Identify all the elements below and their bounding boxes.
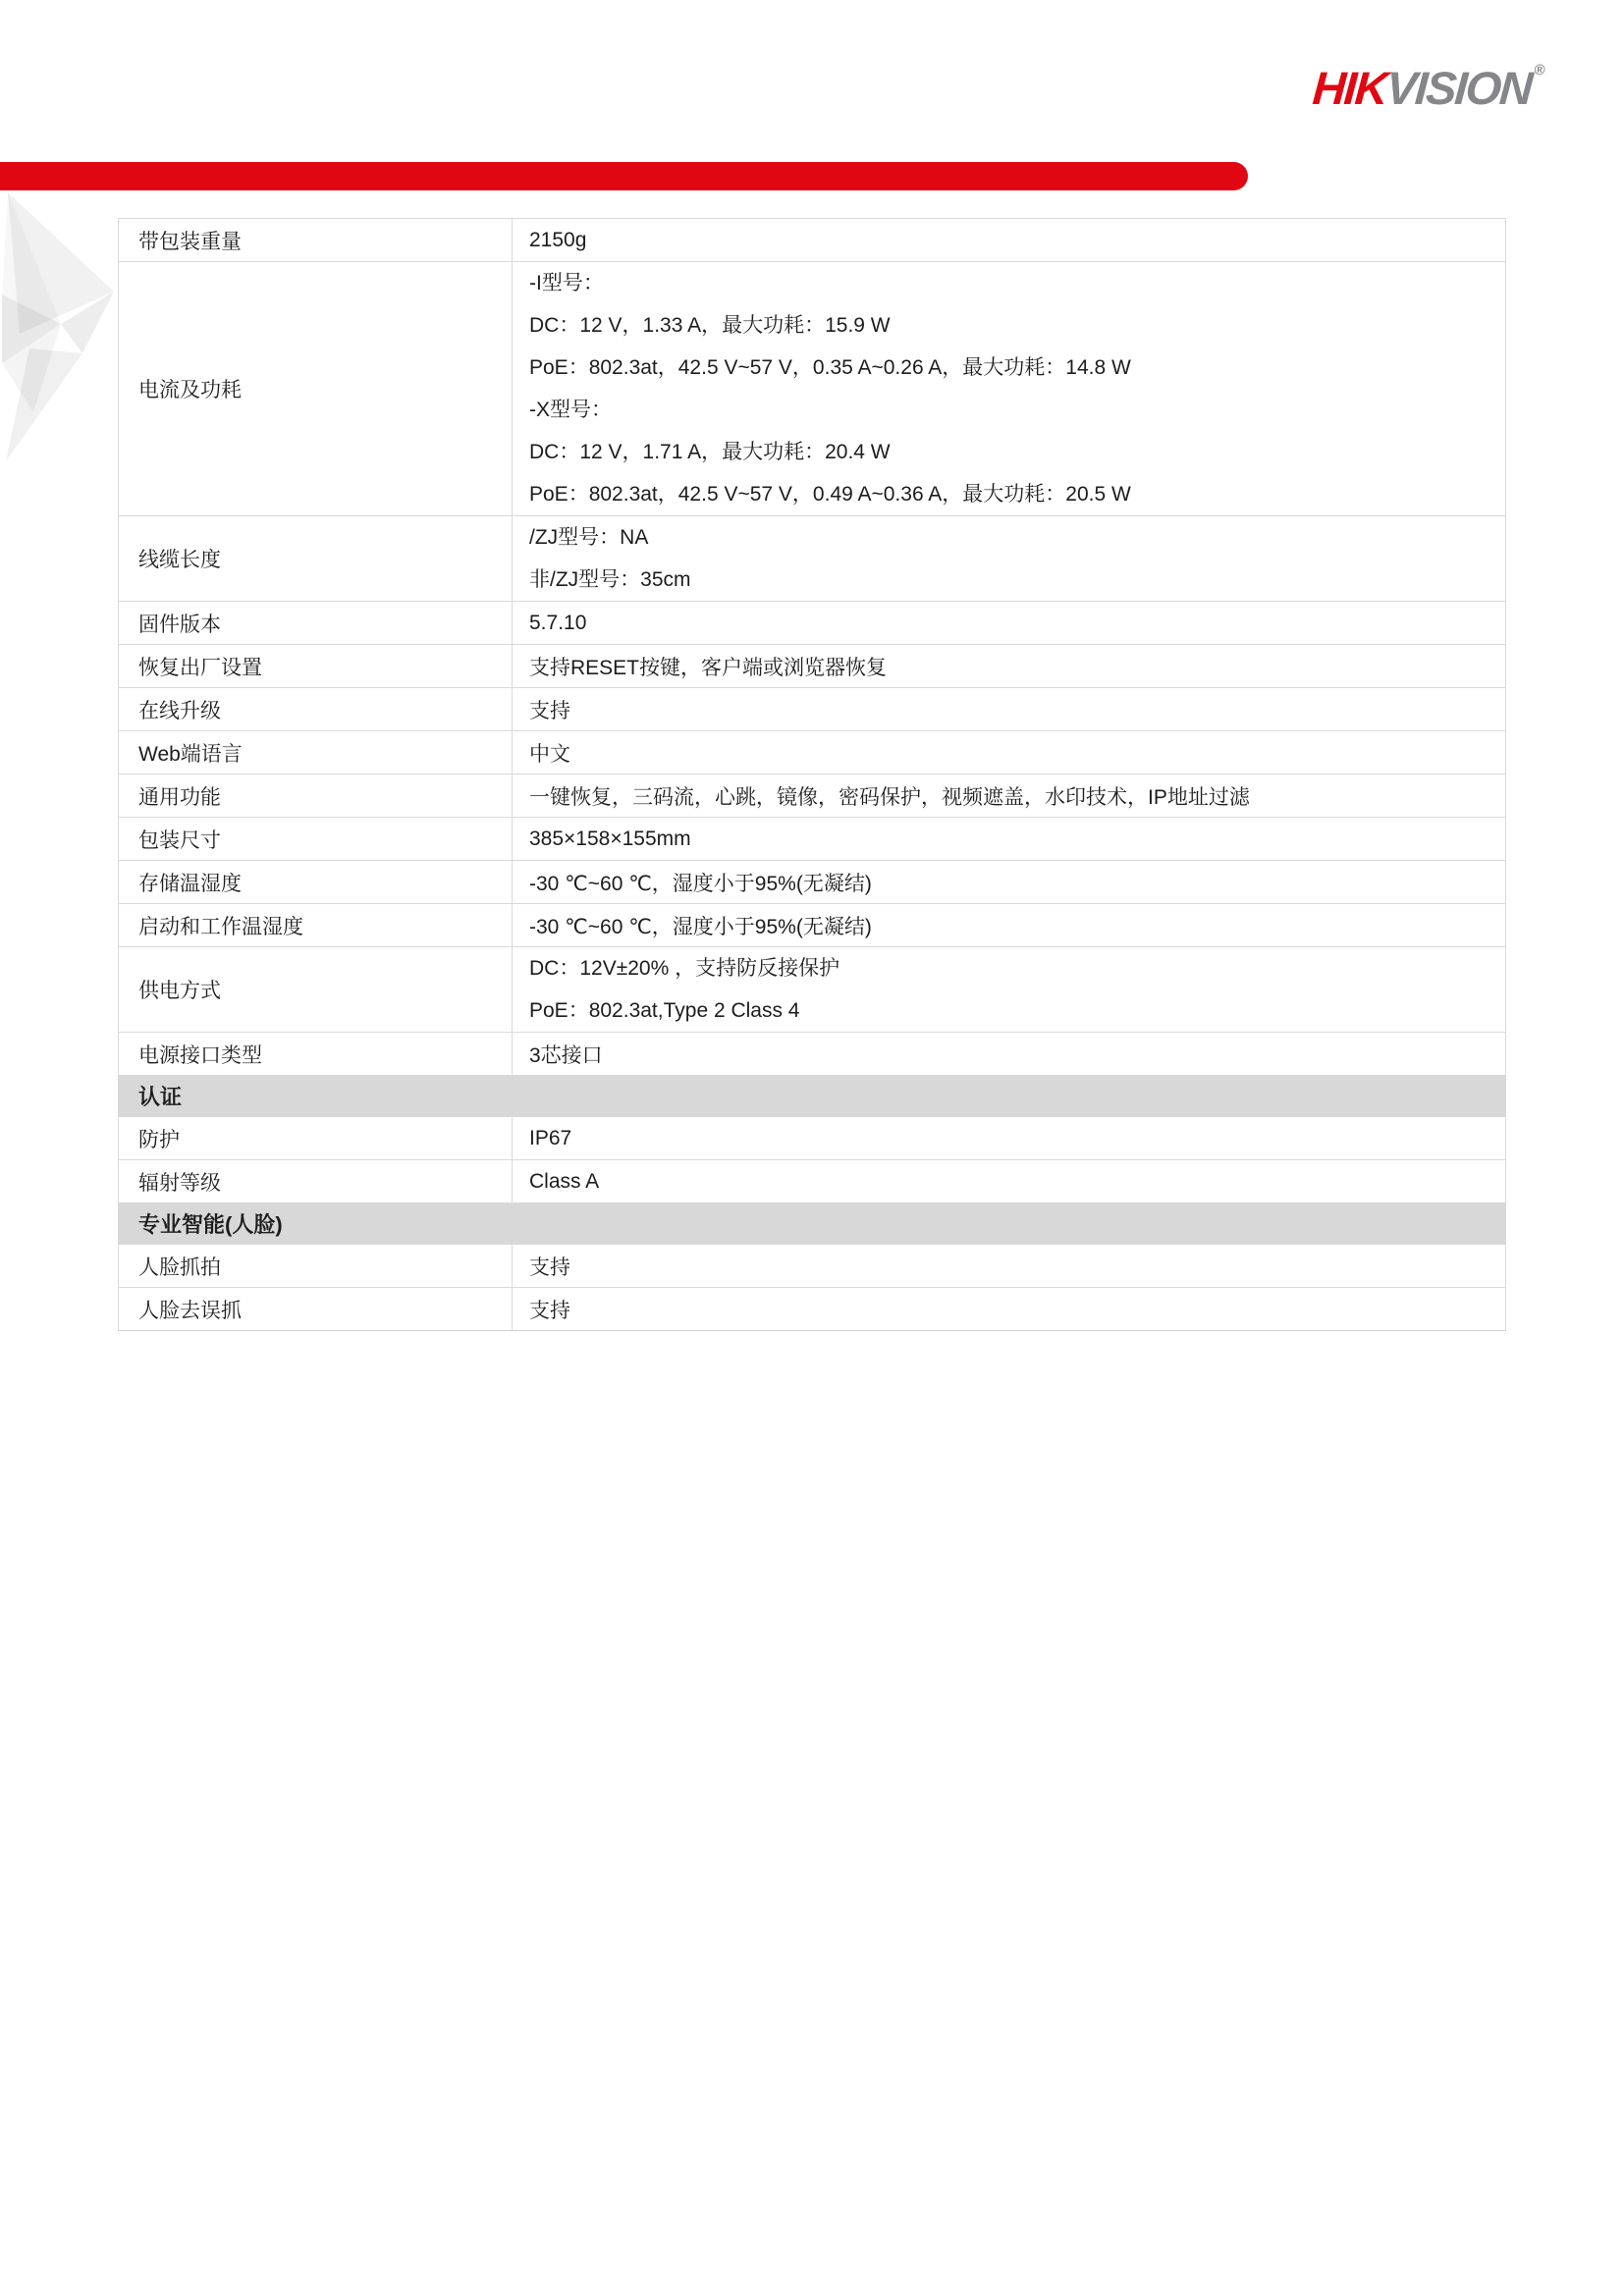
table-row: 人脸去误抓 支持 [119, 1288, 1506, 1331]
watermark-graphic [0, 188, 123, 473]
spec-value: 5.7.10 [513, 602, 1506, 645]
spec-label: 在线升级 [119, 688, 513, 731]
spec-label: 线缆长度 [119, 516, 513, 602]
spec-value-line: DC：12 V，1.33 A，最大功耗：15.9 W [529, 304, 1505, 347]
spec-label: 恢复出厂设置 [119, 645, 513, 688]
section-header: 专业智能(人脸) [119, 1203, 1506, 1245]
table-row: 辐射等级 Class A [119, 1160, 1506, 1203]
spec-value-line: -I型号： [529, 262, 1505, 304]
spec-label: Web端语言 [119, 731, 513, 774]
spec-value: DC：12V±20% ，支持防反接保护 PoE：802.3at,Type 2 C… [513, 947, 1506, 1033]
spec-value: IP67 [513, 1117, 1506, 1160]
spec-value: -30 ℃~60 ℃，湿度小于95%(无凝结) [513, 904, 1506, 947]
table-row: 存储温湿度 -30 ℃~60 ℃，湿度小于95%(无凝结) [119, 861, 1506, 904]
table-row: 带包装重量 2150g [119, 219, 1506, 262]
spec-value: -30 ℃~60 ℃，湿度小于95%(无凝结) [513, 861, 1506, 904]
section-header: 认证 [119, 1076, 1506, 1117]
logo-vision-text: VISION [1384, 62, 1533, 114]
spec-value-line: /ZJ型号：NA [529, 516, 1505, 559]
hikvision-logo: HIKVISION® [1311, 65, 1543, 111]
spec-label: 供电方式 [119, 947, 513, 1033]
spec-label: 人脸抓拍 [119, 1245, 513, 1288]
spec-label: 人脸去误抓 [119, 1288, 513, 1331]
spec-label: 启动和工作温湿度 [119, 904, 513, 947]
section-row: 专业智能(人脸) [119, 1203, 1506, 1245]
table-row: 防护 IP67 [119, 1117, 1506, 1160]
spec-value-line: DC：12 V，1.71 A，最大功耗：20.4 W [529, 431, 1505, 473]
spec-value: -I型号： DC：12 V，1.33 A，最大功耗：15.9 W PoE：802… [513, 262, 1506, 516]
spec-value-line: PoE：802.3at，42.5 V~57 V，0.49 A~0.36 A，最大… [529, 473, 1505, 515]
spec-value: 3芯接口 [513, 1033, 1506, 1076]
spec-value: 支持 [513, 688, 1506, 731]
registered-trademark-icon: ® [1534, 62, 1545, 79]
spec-value: 2150g [513, 219, 1506, 262]
spec-value: 支持 [513, 1245, 1506, 1288]
spec-value: 支持RESET按键，客户端或浏览器恢复 [513, 645, 1506, 688]
spec-value-line: DC：12V±20% ，支持防反接保护 [529, 947, 1505, 989]
spec-value-line: PoE：802.3at,Type 2 Class 4 [529, 989, 1505, 1032]
table-row: 通用功能 一键恢复，三码流，心跳，镜像，密码保护，视频遮盖，水印技术，IP地址过… [119, 774, 1506, 818]
spec-value: Class A [513, 1160, 1506, 1203]
spec-label: 包装尺寸 [119, 818, 513, 861]
table-row: 包装尺寸 385×158×155mm [119, 818, 1506, 861]
spec-value-line: -X型号： [529, 389, 1505, 431]
logo-hik-text: HIK [1311, 62, 1388, 114]
spec-value: 中文 [513, 731, 1506, 774]
table-row: 电流及功耗 -I型号： DC：12 V，1.33 A，最大功耗：15.9 W P… [119, 262, 1506, 516]
spec-value-line: 非/ZJ型号：35cm [529, 559, 1505, 601]
spec-label: 辐射等级 [119, 1160, 513, 1203]
section-row: 认证 [119, 1076, 1506, 1117]
spec-label: 存储温湿度 [119, 861, 513, 904]
table-row: 线缆长度 /ZJ型号：NA 非/ZJ型号：35cm [119, 516, 1506, 602]
table-row: 恢复出厂设置 支持RESET按键，客户端或浏览器恢复 [119, 645, 1506, 688]
table-row: 人脸抓拍 支持 [119, 1245, 1506, 1288]
table-row: 电源接口类型 3芯接口 [119, 1033, 1506, 1076]
red-divider-bar [0, 162, 1248, 190]
spec-label: 固件版本 [119, 602, 513, 645]
spec-table: 带包装重量 2150g 电流及功耗 -I型号： DC：12 V，1.33 A，最… [118, 218, 1506, 1331]
table-row: 启动和工作温湿度 -30 ℃~60 ℃，湿度小于95%(无凝结) [119, 904, 1506, 947]
spec-value: 385×158×155mm [513, 818, 1506, 861]
spec-value-line: PoE：802.3at，42.5 V~57 V，0.35 A~0.26 A，最大… [529, 347, 1505, 389]
spec-label: 防护 [119, 1117, 513, 1160]
table-row: 在线升级 支持 [119, 688, 1506, 731]
table-row: 供电方式 DC：12V±20% ，支持防反接保护 PoE：802.3at,Typ… [119, 947, 1506, 1033]
spec-label: 电源接口类型 [119, 1033, 513, 1076]
spec-label: 带包装重量 [119, 219, 513, 262]
spec-value: 支持 [513, 1288, 1506, 1331]
spec-value: 一键恢复，三码流，心跳，镜像，密码保护，视频遮盖，水印技术，IP地址过滤 [513, 774, 1506, 818]
table-row: 固件版本 5.7.10 [119, 602, 1506, 645]
table-row: Web端语言 中文 [119, 731, 1506, 774]
spec-value: /ZJ型号：NA 非/ZJ型号：35cm [513, 516, 1506, 602]
spec-label: 通用功能 [119, 774, 513, 818]
spec-label: 电流及功耗 [119, 262, 513, 516]
